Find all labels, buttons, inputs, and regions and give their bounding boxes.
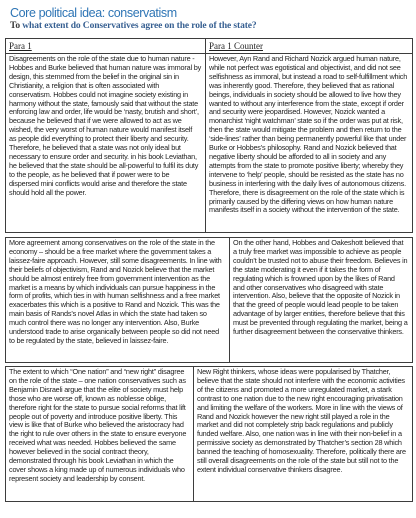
header-cell-para1-counter: Para 1 Counter (206, 39, 413, 54)
comparison-tables-container: Para 1 Para 1 Counter Disagreements on t… (5, 38, 412, 502)
one-nation-argument-cell: The extent to which “One nation” and “ne… (6, 367, 194, 502)
page-title: Core political idea: conservatism (10, 6, 416, 20)
table-one-nation-body-row: The extent to which “One nation” and “ne… (6, 367, 413, 502)
subtitle-prefix: To (10, 21, 22, 31)
new-right-counter-cell: New Right thinkers, whose ideas were pop… (194, 367, 413, 502)
page-subtitle: To what extent do Conservatives agree on… (10, 21, 416, 31)
table-para1: Para 1 Para 1 Counter Disagreements on t… (5, 38, 413, 233)
subtitle-question: what extent do Conservatives agree on th… (22, 21, 256, 31)
table-economy-body-row: More agreement among conservatives on th… (6, 238, 413, 363)
economy-argument-cell: More agreement among conservatives on th… (6, 238, 230, 363)
table-one-nation-new-right: The extent to which “One nation” and “ne… (5, 366, 413, 502)
para1-argument-cell: Disagreements on the role of the state d… (6, 54, 206, 233)
header-cell-para1: Para 1 (6, 39, 206, 54)
para1-counter-cell: However, Ayn Rand and Richard Nozick arg… (206, 54, 413, 233)
table-economy: More agreement among conservatives on th… (5, 237, 413, 363)
table-para1-header-row: Para 1 Para 1 Counter (6, 39, 413, 54)
table-para1-body-row: Disagreements on the role of the state d… (6, 54, 413, 233)
economy-counter-cell: On the other hand, Hobbes and Oakeshott … (230, 238, 413, 363)
